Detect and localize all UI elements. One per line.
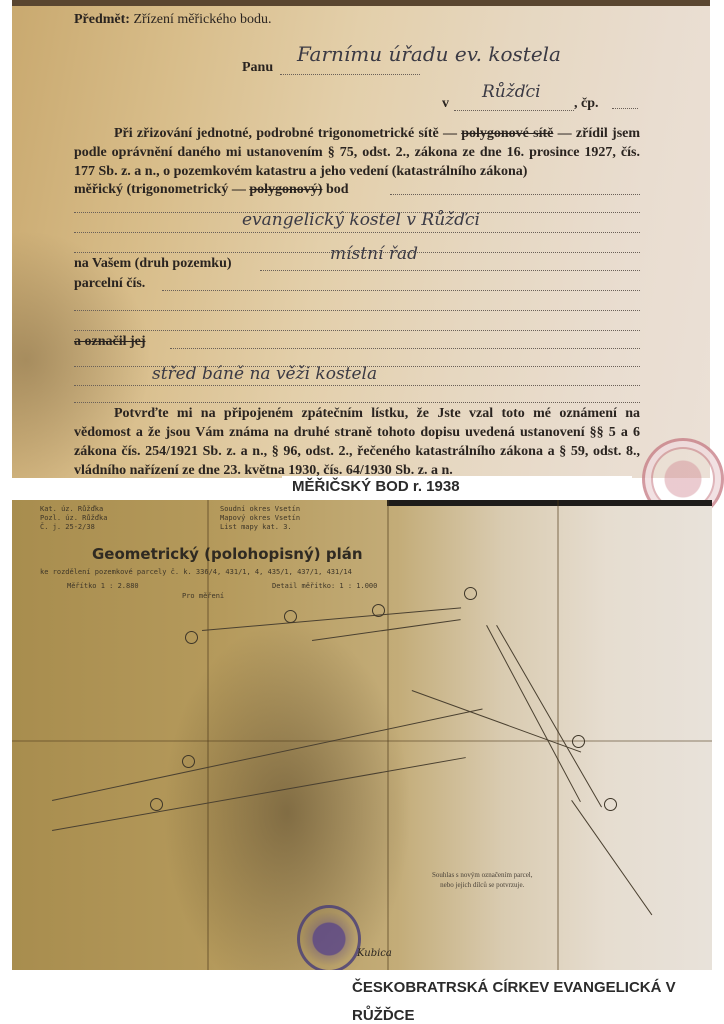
land-type-handwriting: místní řad [330,244,418,264]
subject-label: Předmět: [74,12,130,27]
fill-line [74,330,640,331]
survey-point-marker [150,798,163,811]
parcel-boundary [486,625,581,802]
marking-handwriting: střed báně na věži kostela [152,364,377,384]
land-type-line [260,270,640,271]
land-type-label: na Vašem (druh pozemku) [74,256,232,272]
addressee-label: Panu [242,60,273,76]
court-district: Soudní okres Vsetín [220,505,300,513]
parcel-label: parcelní čís. [74,276,145,292]
addressee-handwriting: Farnímu úřadu ev. kostela [297,42,561,66]
survey-point-marker [182,755,195,768]
addressee-line [280,74,420,75]
point-type-line: měřický (trigonometrický — polygonový) b… [74,180,349,199]
blue-official-seal [297,905,361,970]
caption-survey-point: MĚŘIČSKÝ BOD r. 1938 [282,476,632,498]
marked-line [170,348,640,349]
point-handwriting: evangelický kostel v Růžďci [242,210,480,230]
survey-point-marker [284,610,297,623]
cadastral-area: Kat. úz. Růžďka [40,505,103,513]
paragraph-confirmation: Potvrďte mi na připojeném zpátečním líst… [74,404,640,478]
marked-label: a označil jej [74,334,146,350]
parcels-line: ke rozdělení pozemkové parcely č. k. 336… [40,568,352,576]
parcel-boundary [571,800,652,915]
paragraph-establishment: Při zřizování jednotné, podrobné trigono… [74,124,640,181]
subject-line: Předmět: Zřízení měřického bodu. [74,12,271,28]
agreement-note: Souhlas s novým označením parcel, nebo j… [432,870,533,890]
house-number-label: , čp. [574,96,599,112]
survey-point-marker [604,798,617,811]
survey-point-marker [372,604,385,617]
fold-line [387,500,389,970]
parcel-boundary [412,690,581,753]
survey-point-marker [464,587,477,600]
map-district: Mapový okres Vsetín [220,514,300,522]
reference-number: Č. j. 25-2/38 [40,523,95,531]
political-area: Pozl. úz. Růžďka [40,514,107,522]
fill-line [74,402,640,403]
parcel-line [162,290,640,291]
scale-main: Měřítko 1 : 2.880 [67,582,139,590]
house-number-line [612,108,638,109]
survey-point-marker [185,631,198,644]
shadow [162,620,412,970]
fill-line [74,385,640,386]
subject-text: Zřízení měřického bodu. [133,12,271,27]
fill-line [74,310,640,311]
fill-line [74,232,640,233]
fold-line [12,740,712,742]
plan-title: Geometrický (polohopisný) plán [92,545,363,563]
geometric-plan: Kat. úz. Růžďka Pozl. úz. Růžďka Č. j. 2… [12,500,712,970]
scale-detail: Detail měřítko: 1 : 1.000 [272,582,377,590]
place-label: v [442,96,449,112]
place-handwriting: Růžďci [482,82,541,102]
parcel-boundary [496,625,602,807]
map-sheet: List mapy kat. 3. [220,523,292,531]
caption-church-name: ČESKOBRATRSKÁ CÍRKEV EVANGELICKÁ V RŮŽĎC… [342,974,724,1002]
survey-point-marker [572,735,585,748]
place-line [454,110,574,111]
center-label: Pro měření [182,592,224,600]
signature: Kubica [357,948,392,959]
survey-point-letter: Předmět: Zřízení měřického bodu. Panu Fa… [12,0,710,478]
point-type-line-fill [390,194,640,195]
